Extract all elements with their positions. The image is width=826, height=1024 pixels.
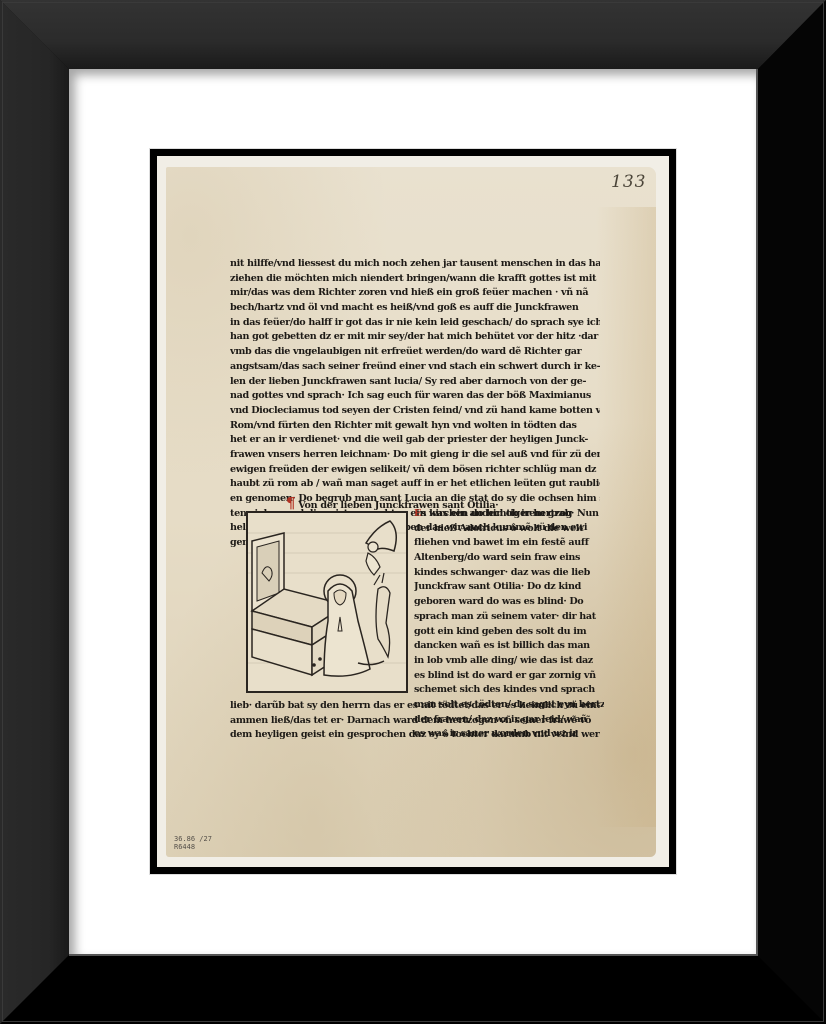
text-line: Altenberg/do ward sein fraw eins xyxy=(414,551,604,566)
bottom-text-block: lieb· darũb bat sy den herrn das er es n… xyxy=(230,699,600,743)
frame-top-rail xyxy=(0,0,826,69)
text-line: ewigen freüden der ewigen selikeit/ vñ d… xyxy=(230,463,600,478)
text-line: lieb· darũb bat sy den herrn das er es n… xyxy=(230,699,600,714)
text-line: het er an ir verdienet· vnd die weil gab… xyxy=(230,433,600,448)
text-line: len der lieben Junckfrawen sant lucia/ S… xyxy=(230,375,600,390)
text-line: gott ein kind geben des solt du im xyxy=(414,625,604,640)
text-line: haubt zü rom ab / wañ man saget auff in … xyxy=(230,477,600,492)
text-line: in lob vmb alle ding/ wie das ist daz xyxy=(414,654,604,669)
text-line: Es was ein andechtiger hertzog xyxy=(414,507,604,522)
text-line: ziehen die möchten mich niendert bringen… xyxy=(230,272,600,287)
inventory-mark-line: R6448 xyxy=(174,843,212,851)
text-line: angstsam/das sach seiner freünd einer vn… xyxy=(230,360,600,375)
paper-stain xyxy=(596,207,656,827)
text-line: kindes schwanger· daz was die lieb xyxy=(414,566,604,581)
text-line: han got gebetten dz er mit mir sey/der h… xyxy=(230,330,600,345)
text-line: sprach man zü seinem vater· dir hat xyxy=(414,610,604,625)
folio-number: 133 xyxy=(611,172,646,192)
text-line: bech/hartz vnd öl vnd macht es heiß/vnd … xyxy=(230,301,600,316)
text-line: ammen ließ/das tet er· Darnach ward dem … xyxy=(230,714,600,729)
frame-bottom-rail xyxy=(0,956,826,1024)
text-line: es blind ist do ward er gar zornig vñ xyxy=(414,669,604,684)
frame-right-rail xyxy=(758,0,826,1024)
woodcut-illustration xyxy=(246,511,408,693)
text-line: vmb das die vngelaubigen nit erfreüet we… xyxy=(230,345,600,360)
inventory-mark-line: 36.86 /27 xyxy=(174,835,212,843)
text-line: in das feüer/do halff ir got das ir nie … xyxy=(230,316,600,331)
text-line: dancken wañ es ist billich das man xyxy=(414,639,604,654)
saint-odile-woodcut-icon xyxy=(248,513,406,691)
text-line: geboren ward do was es blind· Do xyxy=(414,595,604,610)
text-line: nit hilffe/vnd liessest du mich noch zeh… xyxy=(230,257,600,272)
text-line: vnd Diocleciamus tod seyen der Cristen f… xyxy=(230,404,600,419)
text-line: dem heyligen geist ein gesprochen daz sy… xyxy=(230,728,600,743)
text-line: der hieß Adolricus ô wolt die welt xyxy=(414,522,604,537)
inventory-mark: 36.86 /27 R6448 xyxy=(174,835,212,851)
text-line: Rom/vnd fürten den Richter mit gewalt hy… xyxy=(230,419,600,434)
text-line: mir/das was dem Richter zoren vnd hieß e… xyxy=(230,286,600,301)
text-line: frawen vnsers herren leichnam· Do mit gi… xyxy=(230,448,600,463)
incunabula-leaf: 133 nit hilffe/vnd liessest du mich noch… xyxy=(166,167,656,857)
text-line: schemet sich des kindes vnd sprach xyxy=(414,683,604,698)
rubric-paragraph-mark: ¶ xyxy=(286,494,295,512)
text-line: Junckfraw sant Otilia· Do dz kind xyxy=(414,580,604,595)
frame-left-rail xyxy=(0,0,69,1024)
text-line: nad gottes vnd sprach· Ich sag euch für … xyxy=(230,389,600,404)
text-line: fliehen vnd bawet im ein festẽ auff xyxy=(414,536,604,551)
